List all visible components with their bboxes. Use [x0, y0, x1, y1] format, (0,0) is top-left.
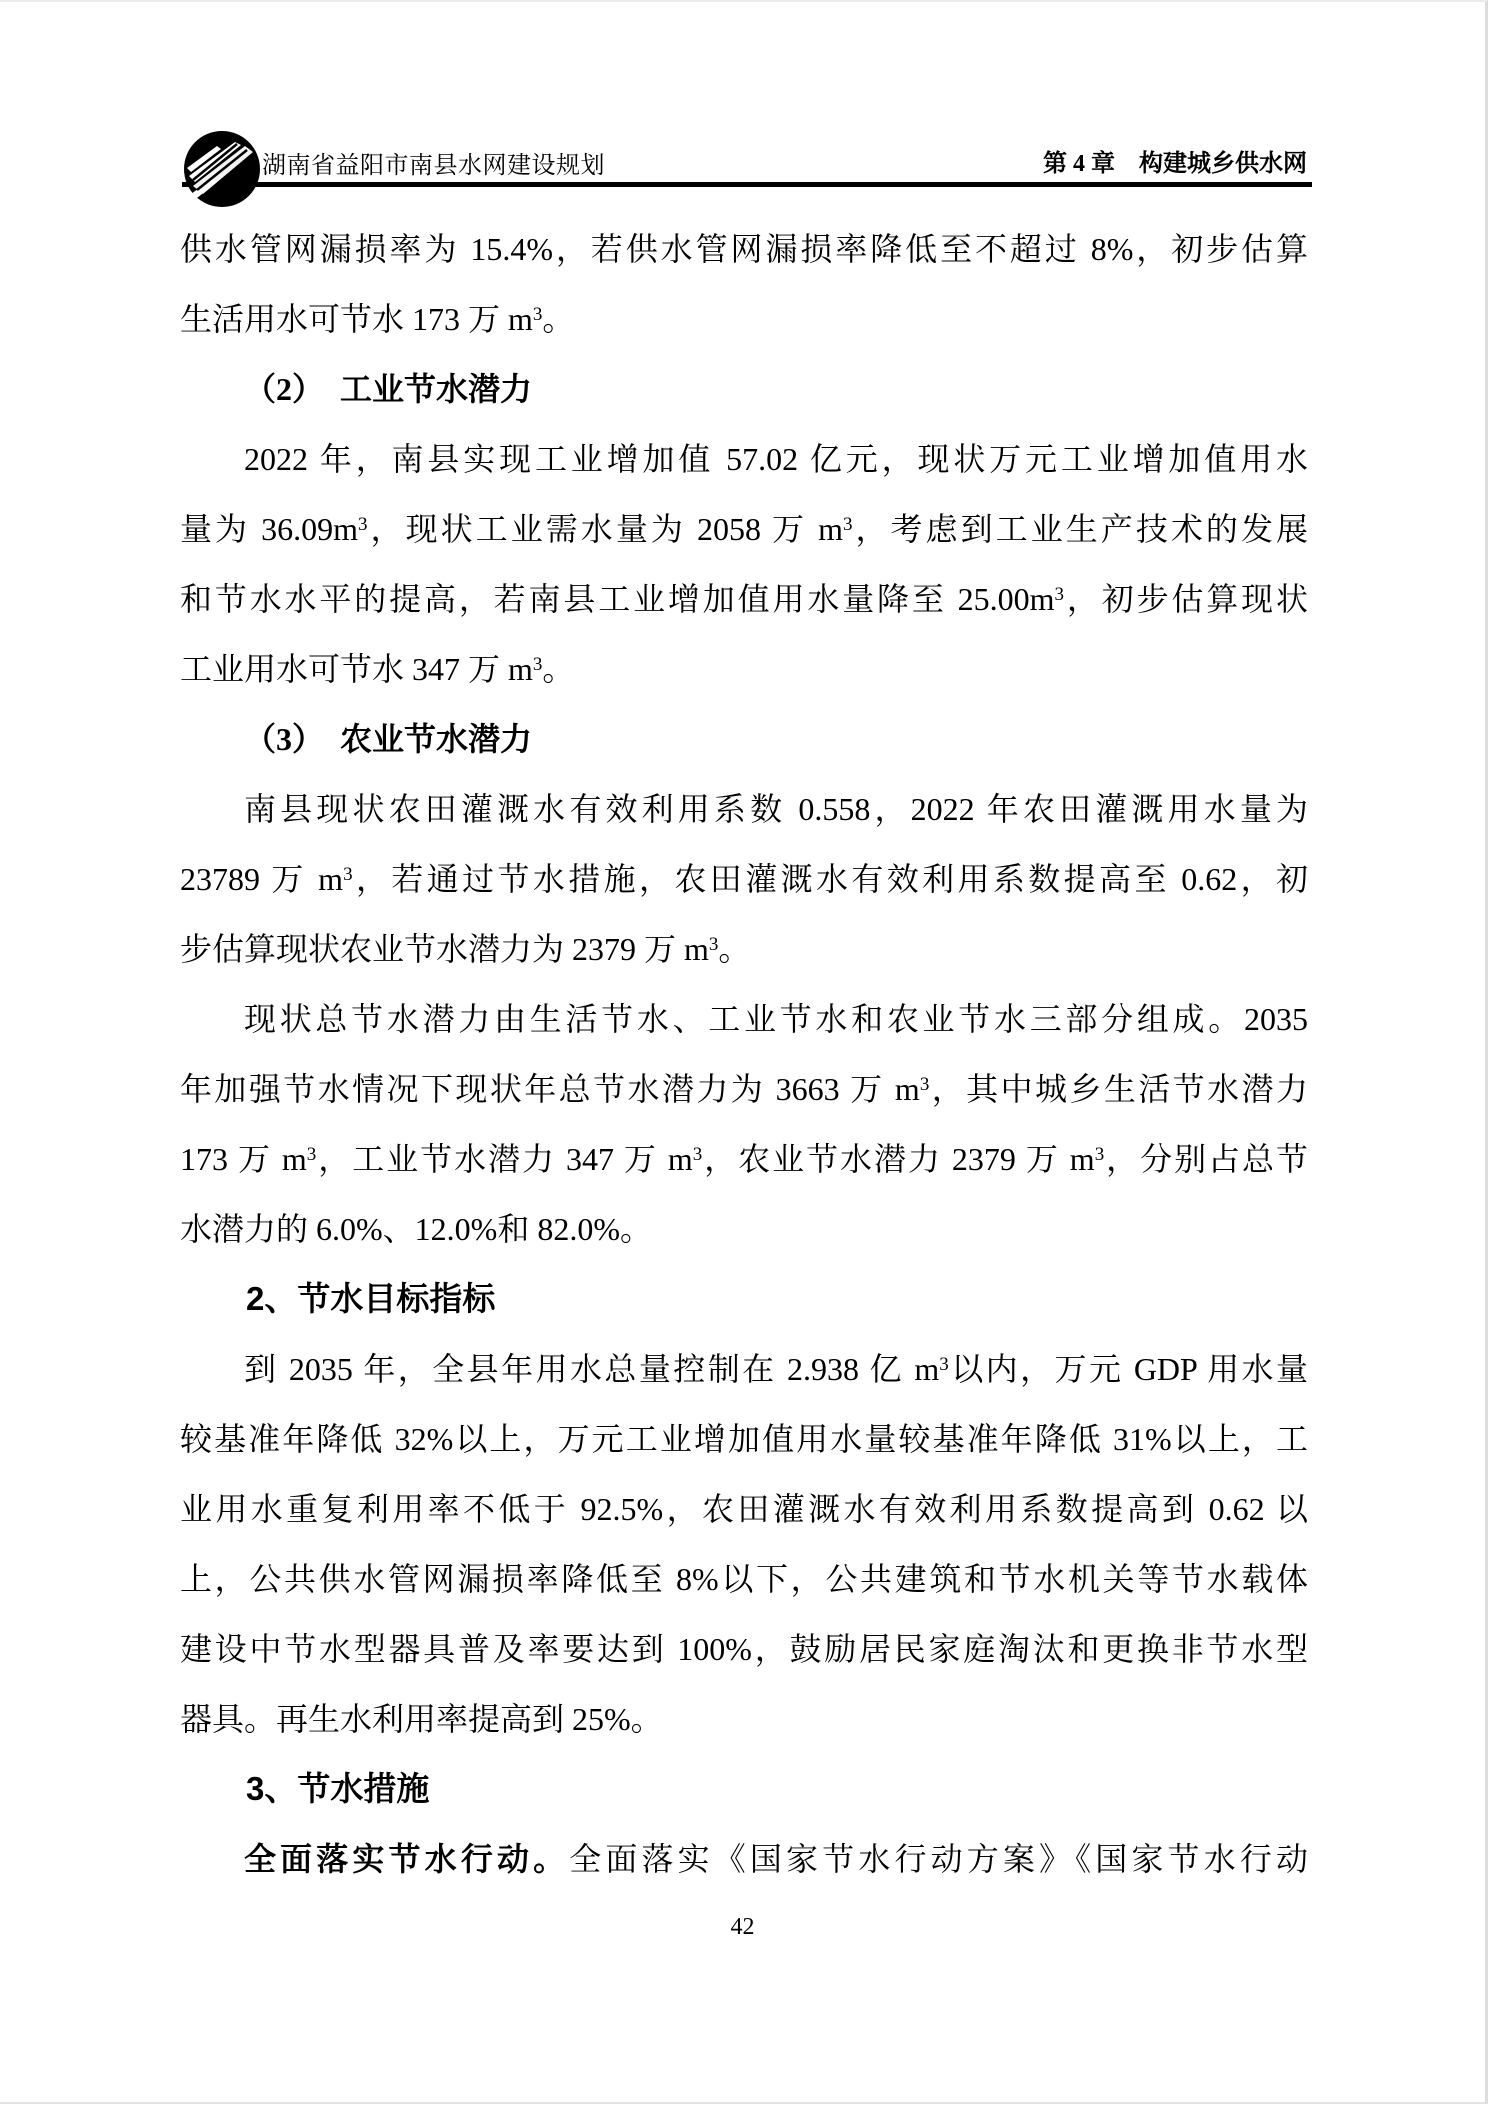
text-segment: 2022 年，南县实现工业增加值 57.02 亿元，现状万元工业增加值用水 — [244, 441, 1308, 477]
page-number: 42 — [0, 1914, 1485, 1941]
text-segment: 上，公共供水管网漏损率降低至 8%以下，公共建筑和节水机关等节水载体 — [180, 1561, 1308, 1597]
text-segment: 建设中节水型器具普及率要达到 100%，鼓励居民家庭淘汰和更换非节水型 — [180, 1631, 1308, 1667]
text-line: 水潜力的 6.0%、12.0%和 82.0%。 — [180, 1194, 1308, 1264]
text-segment: 全面落实《国家节水行动方案》《国家节水行动 — [569, 1841, 1308, 1877]
text-line: 和节水水平的提高，若南县工业增加值用水量降至 25.00m3，初步估算现状 — [180, 564, 1308, 634]
text-segment: 供水管网漏损率为 15.4%，若供水管网漏损率降低至不超过 8%，初步估算 — [180, 231, 1308, 267]
text-segment: 到 2035 年，全县年用水总量控制在 2.938 亿 m — [244, 1351, 939, 1387]
text-line: 年加强节水情况下现状年总节水潜力为 3663 万 m3，其中城乡生活节水潜力 — [180, 1054, 1308, 1124]
text-line: 业用水重复利用率不低于 92.5%，农田灌溉水有效利用系数提高到 0.62 以 — [180, 1474, 1308, 1544]
text-segment: 。 — [718, 931, 750, 967]
text-segment: 较基准年降低 32%以上，万元工业增加值用水量较基准年降低 31%以上，工 — [180, 1421, 1308, 1457]
section-heading: （3） 农业节水潜力 — [180, 704, 1308, 774]
text-line: 到 2035 年，全县年用水总量控制在 2.938 亿 m3以内，万元 GDP … — [180, 1334, 1308, 1404]
document-body: 供水管网漏损率为 15.4%，若供水管网漏损率降低至不超过 8%，初步估算生活用… — [180, 214, 1308, 1894]
text-segment: 水潜力的 6.0%、12.0%和 82.0%。 — [180, 1211, 652, 1247]
text-segment: 业用水重复利用率不低于 92.5%，农田灌溉水有效利用系数提高到 0.62 以 — [180, 1491, 1308, 1527]
text-line: 较基准年降低 32%以上，万元工业增加值用水量较基准年降低 31%以上，工 — [180, 1404, 1308, 1474]
superscript: 3 — [1095, 1144, 1105, 1165]
road-emblem-icon — [183, 130, 261, 208]
header-chapter-title: 第 4 章 构建城乡供水网 — [1043, 150, 1307, 178]
text-line: 南县现状农田灌溉水有效利用系数 0.558，2022 年农田灌溉用水量为 — [180, 774, 1308, 844]
section-heading: 3、节水措施 — [180, 1754, 1308, 1824]
text-line: 步估算现状农业节水潜力为 2379 万 m3。 — [180, 914, 1308, 984]
superscript: 3 — [693, 1144, 703, 1165]
text-segment: 器具。再生水利用率提高到 25%。 — [180, 1701, 663, 1737]
superscript: 3 — [533, 654, 543, 675]
text-segment: （2） 工业节水潜力 — [244, 371, 532, 407]
text-segment: ，现状工业需水量为 2058 万 m — [368, 511, 843, 547]
text-segment: 量为 36.09m — [180, 511, 358, 547]
text-segment: 以内，万元 GDP 用水量 — [949, 1351, 1308, 1387]
superscript: 3 — [939, 1354, 949, 1375]
superscript: 3 — [1055, 584, 1065, 605]
text-segment: （3） 农业节水潜力 — [244, 721, 532, 757]
text-segment: ，初步估算现状 — [1064, 581, 1308, 617]
superscript: 3 — [533, 304, 543, 325]
superscript: 3 — [343, 864, 353, 885]
text-segment: 步估算现状农业节水潜力为 2379 万 m — [180, 931, 709, 967]
superscript: 3 — [920, 1074, 930, 1095]
text-segment: 工业用水可节水 347 万 m — [180, 651, 533, 687]
section-heading: 2、节水目标指标 — [180, 1264, 1308, 1334]
text-segment: 173 万 m — [180, 1141, 307, 1177]
text-line: 全面落实节水行动。全面落实《国家节水行动方案》《国家节水行动 — [180, 1824, 1308, 1894]
superscript: 3 — [358, 514, 368, 535]
text-line: 供水管网漏损率为 15.4%，若供水管网漏损率降低至不超过 8%，初步估算 — [180, 214, 1308, 284]
section-heading: （2） 工业节水潜力 — [180, 354, 1308, 424]
text-segment: 。 — [542, 651, 574, 687]
header-document-title: 湖南省益阳市南县水网建设规划 — [262, 152, 605, 180]
text-line: 生活用水可节水 173 万 m3。 — [180, 284, 1308, 354]
text-line: 器具。再生水利用率提高到 25%。 — [180, 1684, 1308, 1754]
text-segment: 23789 万 m — [180, 861, 343, 897]
text-line: 量为 36.09m3，现状工业需水量为 2058 万 m3，考虑到工业生产技术的… — [180, 494, 1308, 564]
text-segment: 3、节水措施 — [246, 1770, 429, 1807]
text-line: 现状总节水潜力由生活节水、工业节水和农业节水三部分组成。2035 — [180, 984, 1308, 1054]
text-line: 173 万 m3，工业节水潜力 347 万 m3，农业节水潜力 2379 万 m… — [180, 1124, 1308, 1194]
text-segment: 。 — [542, 301, 574, 337]
superscript: 3 — [843, 514, 853, 535]
text-line: 工业用水可节水 347 万 m3。 — [180, 634, 1308, 704]
text-line: 2022 年，南县实现工业增加值 57.02 亿元，现状万元工业增加值用水 — [180, 424, 1308, 494]
text-line: 建设中节水型器具普及率要达到 100%，鼓励居民家庭淘汰和更换非节水型 — [180, 1614, 1308, 1684]
text-line: 23789 万 m3，若通过节水措施，农田灌溉水有效利用系数提高至 0.62，初 — [180, 844, 1308, 914]
text-segment: 全面落实节水行动。 — [244, 1841, 569, 1877]
header-rule — [182, 182, 1312, 187]
text-segment: ，考虑到工业生产技术的发展 — [852, 511, 1308, 547]
text-segment: 现状总节水潜力由生活节水、工业节水和农业节水三部分组成。2035 — [244, 1001, 1308, 1037]
text-segment: ，工业节水潜力 347 万 m — [316, 1141, 692, 1177]
superscript: 3 — [307, 1144, 317, 1165]
text-segment: 和节水水平的提高，若南县工业增加值用水量降至 25.00m — [180, 581, 1055, 617]
superscript: 3 — [709, 934, 719, 955]
text-segment: 2、节水目标指标 — [246, 1280, 495, 1317]
text-segment: ，其中城乡生活节水潜力 — [929, 1071, 1308, 1107]
text-segment: 年加强节水情况下现状年总节水潜力为 3663 万 m — [180, 1071, 920, 1107]
text-segment: ，分别占总节 — [1104, 1141, 1308, 1177]
text-line: 上，公共供水管网漏损率降低至 8%以下，公共建筑和节水机关等节水载体 — [180, 1544, 1308, 1614]
text-segment: 生活用水可节水 173 万 m — [180, 301, 533, 337]
text-segment: 南县现状农田灌溉水有效利用系数 0.558，2022 年农田灌溉用水量为 — [244, 791, 1308, 827]
document-page: 湖南省益阳市南县水网建设规划 第 4 章 构建城乡供水网 供水管网漏损率为 15… — [0, 0, 1488, 2104]
text-segment: ，若通过节水措施，农田灌溉水有效利用系数提高至 0.62，初 — [353, 861, 1308, 897]
text-segment: ，农业节水潜力 2379 万 m — [702, 1141, 1094, 1177]
